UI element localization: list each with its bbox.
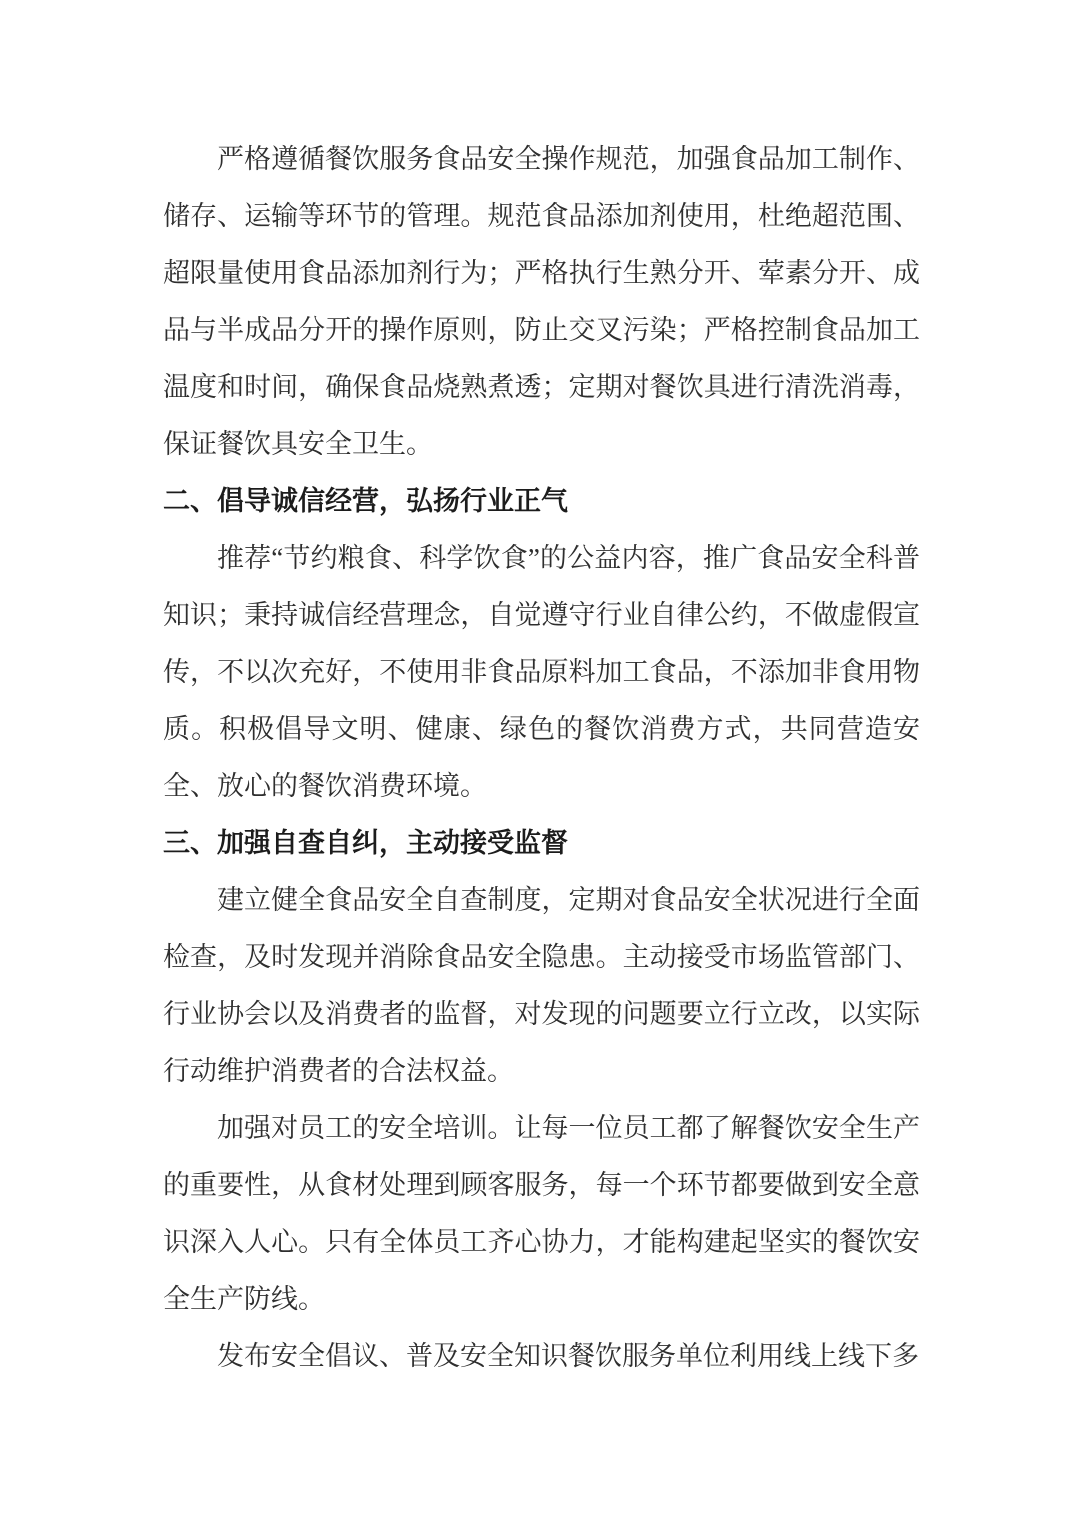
heading-section-two-honest-business: 二、倡导诚信经营，弘扬行业正气	[163, 473, 920, 530]
document-content: 严格遵循餐饮服务食品安全操作规范，加强食品加工制作、储存、运输等环节的管理。规范…	[163, 131, 920, 1385]
paragraph-honest-business: 推荐“节约粮食、科学饮食”的公益内容，推广食品安全科普知识；秉持诚信经营理念，自…	[163, 530, 920, 815]
paragraph-self-inspection: 建立健全食品安全自查制度，定期对食品安全状况进行全面检查，及时发现并消除食品安全…	[163, 872, 920, 1100]
paragraph-safety-initiative-partial: 发布安全倡议、普及安全知识餐饮服务单位利用线上线下多	[163, 1328, 920, 1385]
document-page: 严格遵循餐饮服务食品安全操作规范，加强食品加工制作、储存、运输等环节的管理。规范…	[0, 0, 1080, 1527]
heading-section-three-self-inspection: 三、加强自查自纠，主动接受监督	[163, 815, 920, 872]
paragraph-food-safety-operations: 严格遵循餐饮服务食品安全操作规范，加强食品加工制作、储存、运输等环节的管理。规范…	[163, 131, 920, 473]
paragraph-employee-training: 加强对员工的安全培训。让每一位员工都了解餐饮安全生产的重要性，从食材处理到顾客服…	[163, 1100, 920, 1328]
